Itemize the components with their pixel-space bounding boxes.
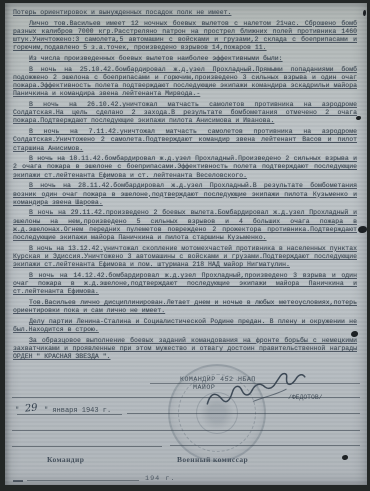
doc-paragraph: В ночь на 28.11.42.бомбардировал ж.д.узе… — [13, 182, 357, 207]
ink-blot — [358, 226, 367, 233]
ink-blot — [363, 10, 366, 16]
rule-line — [13, 480, 23, 482]
doc-paragraph: Делу партии Ленина-Сталина и Социалистич… — [13, 318, 357, 334]
doc-paragraphs: Потерь ориентировок и вынужденных посадо… — [13, 9, 357, 364]
doc-paragraph: Лично тов.Васильев имеет 12 ночных боевы… — [13, 20, 357, 53]
ink-blot — [351, 331, 358, 337]
form-commander-label: Командир — [47, 455, 84, 464]
document-paper: Потерь ориентировок и вынужденных посадо… — [5, 3, 367, 485]
form-commissar-label: Военный комиссар — [177, 455, 248, 464]
doc-paragraph: В ночь на 7.11.42.уничтожал матчасть сам… — [13, 128, 357, 153]
rule-line — [12, 397, 360, 398]
rule-line — [27, 480, 139, 481]
handwritten-day: 29 — [25, 402, 39, 414]
rule-line — [17, 414, 122, 415]
doc-paragraph: В ночь на 29.11.42.произведено 2 боевых … — [13, 209, 357, 242]
doc-paragraph: В ночь на 25.10.42.бомбардировал ж.д.узе… — [13, 66, 357, 99]
doc-paragraph: В ночь на 26.10.42.уничтожал матчасть са… — [13, 101, 357, 126]
doc-paragraph: За образцовое выполнение боевых заданий … — [13, 337, 357, 362]
ink-blot — [342, 455, 348, 460]
rule-line — [127, 413, 360, 414]
doc-paragraph: В ночь на 14.12.42.бомбардировал ж.д.узе… — [13, 272, 357, 297]
scanned-document-page: Потерь ориентировок и вынужденных посадо… — [0, 0, 370, 491]
rule-line — [150, 383, 360, 384]
doc-paragraph: Тов.Васильев лично дисциплинирован.Летае… — [13, 299, 357, 315]
doc-paragraph: В ночь на 18.11.42.бомбардировал ж.д.узе… — [13, 155, 357, 180]
signature-autograph-icon — [198, 367, 311, 412]
form-year-line: 194 г. — [145, 475, 175, 483]
rule-line — [12, 430, 360, 431]
rule-line — [170, 445, 360, 446]
doc-paragraph: Потерь ориентировок и вынужденных посадо… — [13, 9, 357, 17]
doc-paragraph: Из числа произведенных боевых вылетов на… — [13, 55, 357, 63]
ink-blot — [356, 116, 361, 120]
doc-paragraph: В ночь на 13.12.42.уничтожал скопление м… — [13, 245, 357, 270]
rule-line — [12, 446, 162, 447]
